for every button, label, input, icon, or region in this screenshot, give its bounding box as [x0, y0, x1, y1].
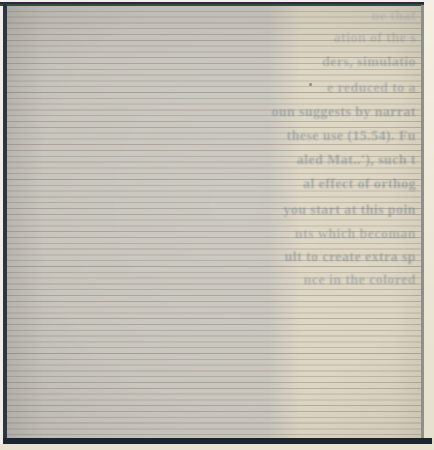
photo-border-left	[3, 3, 7, 441]
photo-bottom-edge-strip	[0, 444, 434, 450]
photo-vignette	[7, 6, 421, 438]
page-right-edge-strip	[424, 2, 434, 448]
ruled-paper-page: ne thatation of the sders, simulatioe re…	[7, 6, 421, 438]
photo-border-top	[0, 2, 430, 6]
photo-of-notebook-page: ne thatation of the sders, simulatioe re…	[0, 0, 434, 450]
